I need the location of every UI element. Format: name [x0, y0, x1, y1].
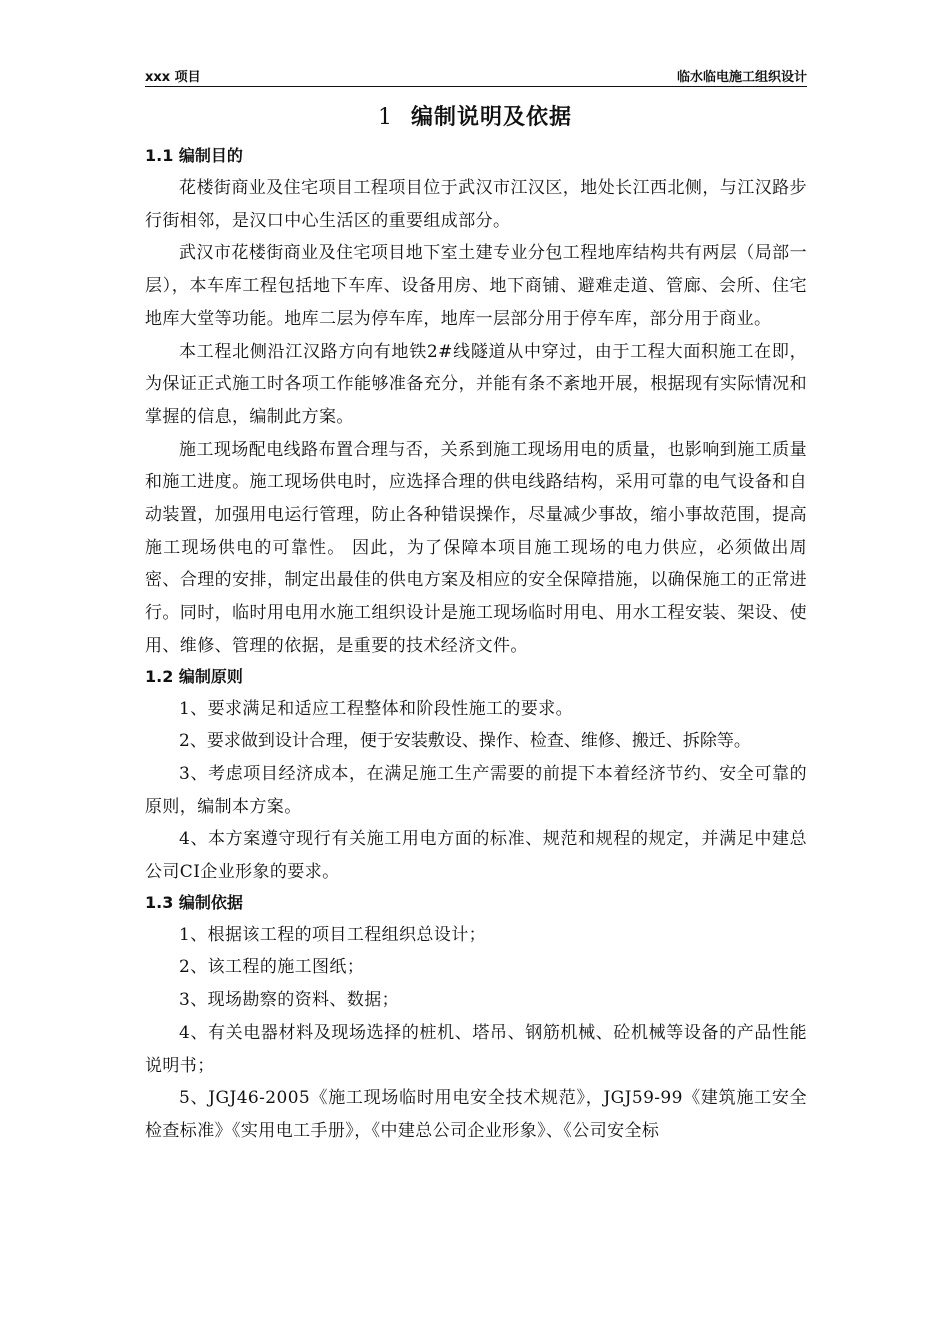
list-item: 1、根据该工程的项目工程组织总设计； [145, 919, 807, 952]
section-heading: 1.1 编制目的 [145, 142, 807, 170]
list-item: 3、考虑项目经济成本，在满足施工生产需要的前提下本着经济节约、安全可靠的原则，编… [145, 758, 807, 823]
section-heading: 1.2 编制原则 [145, 663, 807, 691]
section-1-1: 1.1 编制目的 花楼街商业及住宅项目工程项目位于武汉市江汉区，地处长江西北侧，… [145, 142, 807, 663]
list-item: 4、本方案遵守现行有关施工用电方面的标准、规范和规程的规定，并满足中建总公司CI… [145, 823, 807, 888]
list-item: 3、现场勘察的资料、数据； [145, 984, 807, 1017]
chapter-title-text: 编制说明及依据 [411, 105, 572, 130]
document-body: 1.1 编制目的 花楼街商业及住宅项目工程项目位于武汉市江汉区，地处长江西北侧，… [145, 142, 807, 1148]
section-heading: 1.3 编制依据 [145, 889, 807, 917]
section-1-2: 1.2 编制原则 1、要求满足和适应工程整体和阶段性施工的要求。 2、要求做到设… [145, 663, 807, 889]
chapter-title: 1编制说明及依据 [0, 100, 950, 131]
paragraph: 施工现场配电线路布置合理与否，关系到施工现场用电的质量，也影响到施工质量和施工进… [145, 434, 807, 663]
section-1-3: 1.3 编制依据 1、根据该工程的项目工程组织总设计； 2、该工程的施工图纸； … [145, 889, 807, 1148]
list-item: 2、该工程的施工图纸； [145, 951, 807, 984]
paragraph: 花楼街商业及住宅项目工程项目位于武汉市江汉区，地处长江西北侧，与江汉路步行街相邻… [145, 172, 807, 237]
header-project-name: xxx 项目 [145, 66, 201, 85]
chapter-number: 1 [378, 105, 393, 130]
paragraph: 武汉市花楼街商业及住宅项目地下室土建专业分包工程地库结构共有两层（局部一层），本… [145, 237, 807, 335]
list-item: 1、要求满足和适应工程整体和阶段性施工的要求。 [145, 693, 807, 726]
list-item: 5、JGJ46-2005《施工现场临时用电安全技术规范》，JGJ59-99《建筑… [145, 1082, 807, 1147]
document-page: xxx 项目 临水临电施工组织设计 1编制说明及依据 1.1 编制目的 花楼街商… [0, 0, 950, 1344]
list-item: 2、要求做到设计合理，便于安装敷设、操作、检查、维修、搬迁、拆除等。 [145, 725, 807, 758]
list-item: 4、有关电器材料及现场选择的桩机、塔吊、钢筋机械、砼机械等设备的产品性能说明书； [145, 1017, 807, 1082]
paragraph: 本工程北侧沿江汉路方向有地铁2#线隧道从中穿过，由于工程大面积施工在即，为保证正… [145, 336, 807, 434]
header-document-title: 临水临电施工组织设计 [677, 66, 807, 85]
page-header: xxx 项目 临水临电施工组织设计 [145, 64, 807, 87]
